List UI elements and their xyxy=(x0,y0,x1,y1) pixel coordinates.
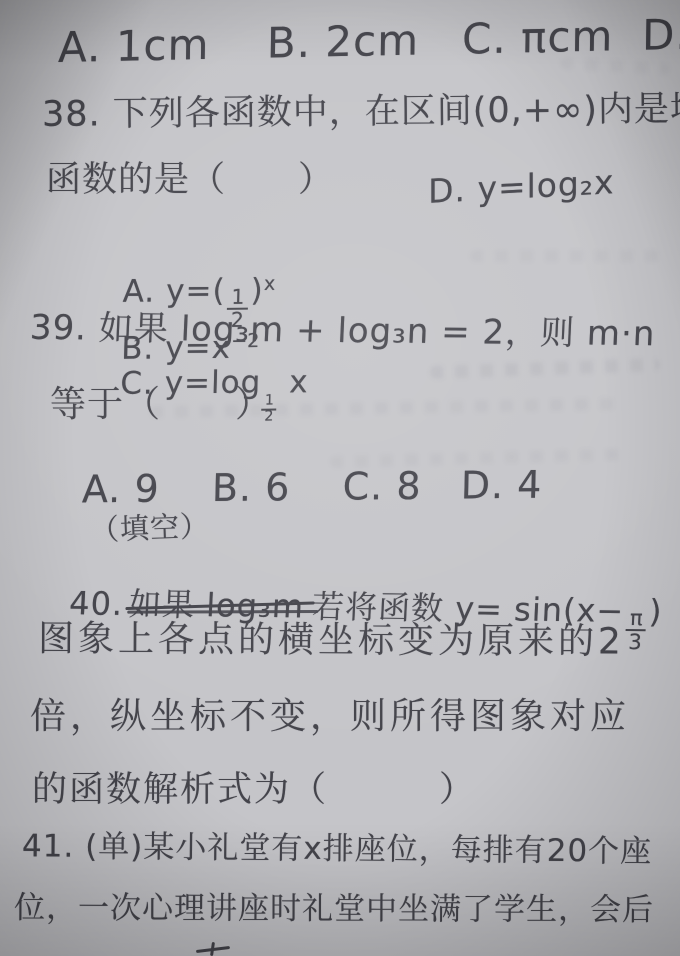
q39-stem-text1: 39. 如果 log₃m + log₃n = 2，则 m·n xyxy=(29,308,656,355)
q40-number: 40. xyxy=(68,584,124,623)
prev-options-text: A. 1cm B. 2cm C. πcm D. 2πcm xyxy=(58,7,680,72)
q38-option-a-pre: A. y=( xyxy=(122,273,226,310)
q40-stem-text2: 图象上各点的横坐标变为原来的2 xyxy=(38,618,625,662)
q39-options-row: A. 9 B. 6 C. 8 D. 4 xyxy=(81,464,542,513)
q40-stem-text4: 的函数解析式为（ ） xyxy=(32,770,476,810)
q38-option-a-post: ) xyxy=(250,272,264,308)
q38-option-c-post: x xyxy=(278,364,309,400)
q39-stem-line1: 39. 如果 log₃m + log₃n = 2，则 m·n xyxy=(29,309,656,355)
q41-stem-line2: 位，一次心理讲座时礼堂中坐满了学生，会后 xyxy=(14,891,654,929)
q41-stem-text1: 41. (单)某小礼堂有x排座位，每排有20个座 xyxy=(22,828,652,869)
q39-stem-text2: 等于（ ） xyxy=(50,384,272,425)
bleed-through-mark xyxy=(430,358,660,379)
fill-blank-note: （填空） xyxy=(89,510,210,548)
q38-option-d: D. y=log₂x xyxy=(428,163,614,211)
q39-stem-line2: 等于（ ） xyxy=(50,384,272,425)
q38-stem-line1: 38. 下列各函数中，在区间(0,+∞)内是增 xyxy=(42,89,680,135)
fraction-numerator: π xyxy=(625,608,647,631)
handwritten-exam-page: A. 1cm B. 2cm C. πcm D. 2πcm 38. 下列各函数中，… xyxy=(0,0,680,956)
q38-option-a: A. y=(12)x xyxy=(122,272,275,309)
q38-stem-text2: 函数的是（ ） xyxy=(46,160,334,200)
q38-stem-line2: 函数的是（ ） xyxy=(46,160,334,200)
q38-option-d-text: D. y=log₂x xyxy=(428,162,614,211)
fraction-denominator: 3 xyxy=(628,631,642,652)
fraction-numerator: 1 xyxy=(227,287,249,310)
q41-stem-text2: 位，一次心理讲座时礼堂中坐满了学生，会后 xyxy=(14,890,654,928)
prev-question-options-line: A. 1cm B. 2cm C. πcm D. 2πcm xyxy=(58,8,680,72)
fill-blank-note-text: （填空） xyxy=(89,509,210,547)
q40-stem-line4: 的函数解析式为（ ） xyxy=(32,770,476,810)
partial-next-line-stroke xyxy=(196,942,232,956)
q38-option-a-exponent: x xyxy=(264,273,276,295)
q40-stem-text3: 倍，纵坐标不变，则所得图象对应 xyxy=(30,696,630,737)
q38-stem-text1: 38. 下列各函数中，在区间(0,+∞)内是增 xyxy=(42,89,680,135)
bleed-through-mark xyxy=(470,250,660,262)
q39-options-text: A. 9 B. 6 C. 8 D. 4 xyxy=(81,463,542,512)
q40-stem-line2: 图象上各点的横坐标变为原来的2 xyxy=(38,618,625,662)
fraction-pi-over-3: π3 xyxy=(624,608,647,652)
q40-close-paren: ) xyxy=(648,592,663,630)
q41-stem-line1: 41. (单)某小礼堂有x排座位，每排有20个座 xyxy=(22,829,652,870)
q40-stem-line3: 倍，纵坐标不变，则所得图象对应 xyxy=(30,696,630,737)
